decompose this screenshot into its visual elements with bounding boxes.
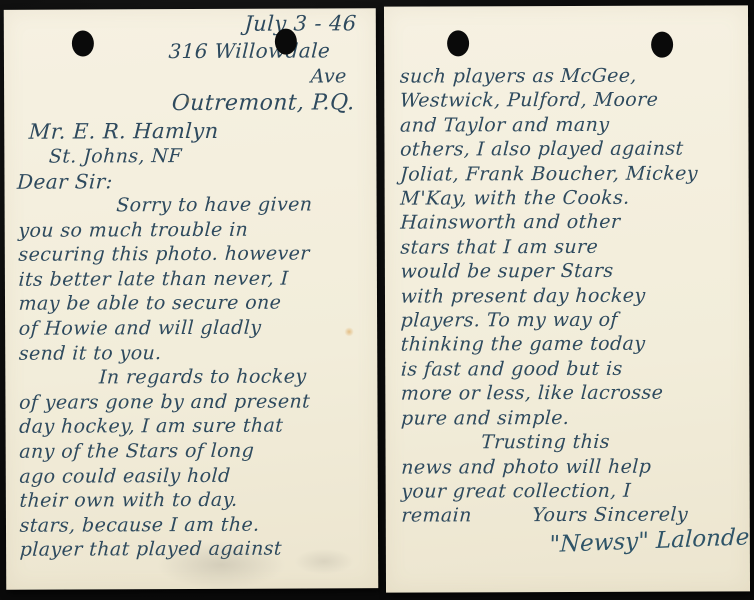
handwritten-line: players. To my way of xyxy=(400,307,746,333)
address-line: Ave xyxy=(310,65,347,87)
handwritten-line: its better late than never, I xyxy=(18,266,374,292)
signature: "Newsy" Lalonde xyxy=(549,522,747,560)
handwritten-line: In regards to hockey xyxy=(18,364,374,390)
letter-page-1: July 3 - 46 316 Willowdale Ave Outremont… xyxy=(4,8,379,590)
punch-hole xyxy=(651,32,673,58)
handwritten-line: send it to you. xyxy=(18,340,374,366)
handwritten-line: ago could easily hold xyxy=(19,463,375,489)
handwritten-line: any of the Stars of long xyxy=(19,438,375,464)
recipient-line: Mr. E. R. Hamlyn xyxy=(28,119,219,144)
handwritten-line: your great collection, I xyxy=(401,478,747,504)
punch-hole xyxy=(447,30,469,56)
handwritten-line: and Taylor and many xyxy=(399,112,745,138)
closing-remain: remain xyxy=(401,504,473,529)
letter-page-2: such players as McGee, Westwick, Pulford… xyxy=(384,5,750,592)
handwritten-line: pure and simple. xyxy=(400,405,746,431)
address-line: 316 Willowdale xyxy=(168,38,331,63)
handwritten-line: others, I also played against xyxy=(400,137,746,163)
pencil-smudge xyxy=(156,541,286,590)
handwritten-line: stars that I am sure xyxy=(400,234,746,260)
handwritten-line: stars, because I am the. xyxy=(19,512,375,538)
paper-stain xyxy=(184,97,192,104)
date-line: July 3 - 46 xyxy=(244,11,357,35)
handwritten-line: of Howie and will gladly xyxy=(18,315,374,341)
handwritten-line: would be super Stars xyxy=(400,259,746,285)
handwritten-line: thinking the game today xyxy=(400,332,746,358)
punch-hole xyxy=(72,30,94,56)
handwritten-line: Hainsworth and other xyxy=(400,210,746,236)
handwritten-line: of years gone by and present xyxy=(19,389,375,415)
handwritten-line: M'Kay, with the Cooks. xyxy=(400,185,746,211)
pencil-smudge xyxy=(294,548,354,574)
handwritten-line: Sorry to have given xyxy=(18,192,374,218)
letter-body-page-1: Sorry to have given you so much trouble … xyxy=(18,192,375,562)
handwritten-line: Westwick, Pulford, Moore xyxy=(399,88,745,114)
handwritten-line: may be able to secure one xyxy=(18,291,374,317)
address-line: Outremont, P.Q. xyxy=(171,90,355,116)
handwritten-line: news and photo will help xyxy=(401,454,747,480)
handwritten-line: Trusting this xyxy=(401,429,747,455)
handwritten-line: such players as McGee, xyxy=(399,63,745,89)
handwritten-line: their own with to day. xyxy=(19,487,375,513)
handwritten-line: with present day hockey xyxy=(400,283,746,309)
salutation-line: Dear Sir: xyxy=(17,169,114,193)
valediction: Yours Sincerely xyxy=(532,503,689,528)
handwritten-line: securing this photo. however xyxy=(18,241,374,267)
punch-hole xyxy=(275,29,297,55)
handwritten-line: you so much trouble in xyxy=(18,217,374,243)
paper-stain xyxy=(344,327,354,336)
handwritten-line: is fast and good but is xyxy=(400,356,746,382)
handwritten-line: Joliat, Frank Boucher, Mickey xyxy=(400,161,746,187)
handwritten-line: day hockey, I am sure that xyxy=(19,414,375,440)
handwritten-line: more or less, like lacrosse xyxy=(400,381,746,407)
letter-body-page-2: such players as McGee, Westwick, Pulford… xyxy=(399,63,746,560)
recipient-line: St. Johns, NF xyxy=(48,145,182,168)
photo-background: July 3 - 46 316 Willowdale Ave Outremont… xyxy=(0,0,754,600)
